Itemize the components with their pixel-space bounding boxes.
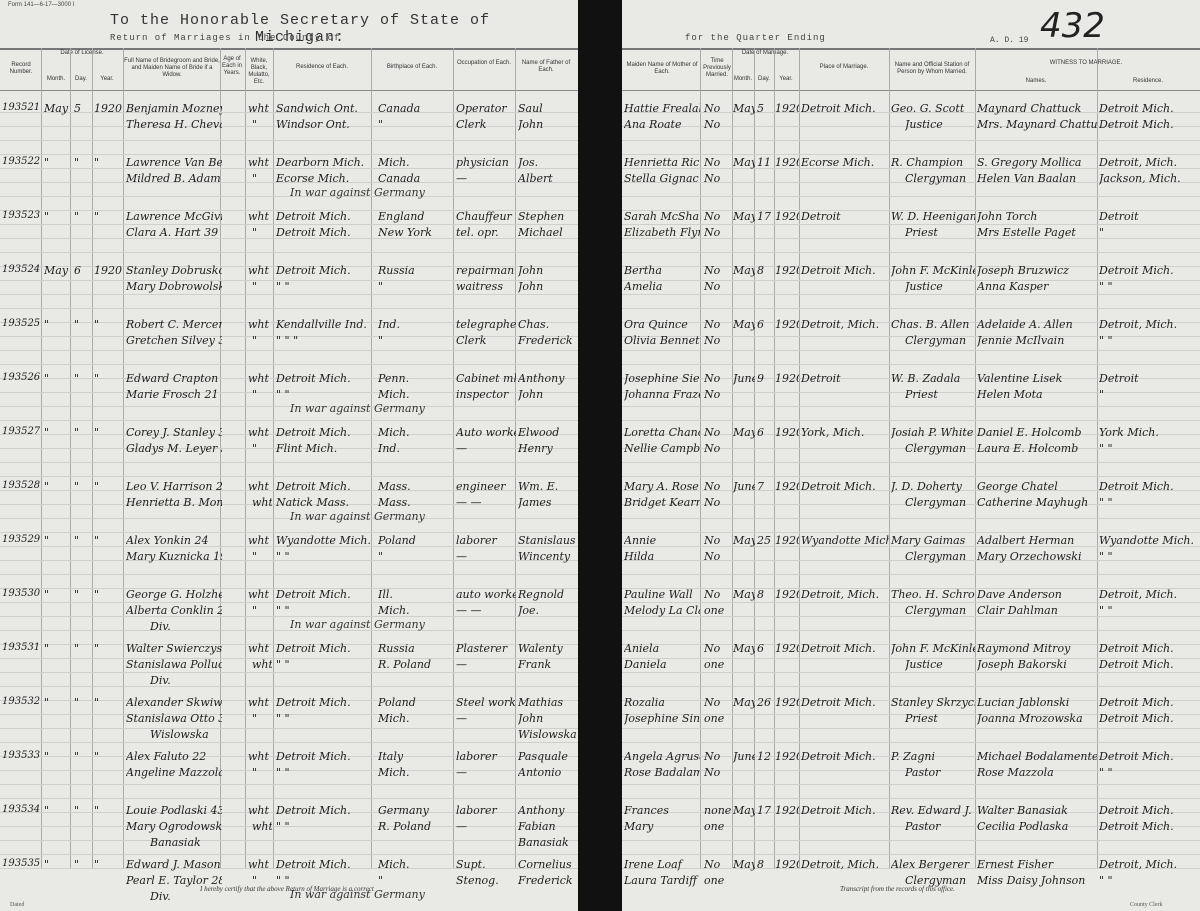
- groom-name-age: Robert C. Mercer 32: [126, 318, 222, 331]
- license-year: ": [94, 534, 122, 547]
- col-color: White, Black, Mulatto, Etc.: [246, 58, 272, 86]
- marriage-return-page: Form 141—6-17—3000 I To the Honorable Se…: [0, 0, 1200, 911]
- witness-1-name: Adelaide A. Allen: [977, 318, 1097, 331]
- mother-bride: Olivia Bennett: [624, 334, 700, 347]
- license-year: ": [94, 750, 122, 763]
- place-of-marriage: Detroit Mich.: [801, 642, 889, 655]
- birthplace-bride: ": [378, 874, 452, 887]
- col-full-name: Full Name of Bridegroom and Bride, and M…: [124, 58, 220, 79]
- witness-1-residence: Detroit, Mich.: [1099, 318, 1199, 331]
- marriage-month: June: [733, 480, 755, 493]
- mother-groom: Bertha: [624, 264, 700, 277]
- license-day: 5: [74, 102, 92, 115]
- license-day: ": [74, 534, 92, 547]
- mother-groom: Angela Agrusa: [624, 750, 700, 763]
- mother-bride: Rose Badalamenta: [624, 766, 700, 779]
- father-groom: Regnold: [518, 588, 576, 601]
- residence-groom: Detroit Mich.: [276, 210, 372, 223]
- marriage-day: 17: [757, 804, 775, 817]
- marriage-month: May: [733, 642, 755, 655]
- birthplace-groom: Poland: [378, 696, 452, 709]
- occupation-groom: laborer: [456, 534, 516, 547]
- occupation-groom: Cabinet mkr.: [456, 372, 516, 385]
- col-date-of-license: Date of License.: [42, 50, 122, 57]
- groom-name-age: Edward Crapton 23: [126, 372, 222, 385]
- col-day: Day.: [70, 76, 92, 83]
- license-day: 6: [74, 264, 92, 277]
- mother-groom: Frances: [624, 804, 700, 817]
- occupation-bride: waitress: [456, 280, 516, 293]
- col-witness-residence: Residence.: [1098, 78, 1198, 85]
- witness-2-name: Clair Dahlman: [977, 604, 1097, 617]
- times-married-groom: No: [704, 318, 732, 331]
- mother-bride: Daniela: [624, 658, 700, 671]
- residence-bride: Natick Mass.: [276, 496, 372, 509]
- marriage-month: May: [733, 102, 755, 115]
- witness-2-name: Mary Orzechowski: [977, 550, 1097, 563]
- times-married-bride: one: [704, 658, 732, 671]
- times-married-groom: No: [704, 588, 732, 601]
- witness-1-residence: Detroit Mich.: [1099, 750, 1199, 763]
- bride-name-age: Marie Frosch 21: [126, 388, 222, 401]
- license-month: ": [44, 750, 70, 763]
- color-bride: ": [252, 334, 272, 347]
- mother-groom: Loretta Chance: [624, 426, 700, 439]
- witness-1-residence: Detroit, Mich.: [1099, 858, 1199, 871]
- place-of-marriage: Detroit, Mich.: [801, 858, 889, 871]
- color-groom: wht: [248, 372, 272, 385]
- bride-name-age: Gretchen Silvey 32: [126, 334, 222, 347]
- times-married-groom: none: [704, 804, 732, 817]
- marriage-year: 1920: [775, 102, 799, 115]
- father-bride: Frederick: [518, 334, 576, 347]
- record-number: 193535: [2, 858, 42, 869]
- place-of-marriage: Detroit Mich.: [801, 102, 889, 115]
- residence-bride: " ": [276, 712, 372, 725]
- license-month: ": [44, 696, 70, 709]
- witness-1-residence: Detroit Mich.: [1099, 642, 1199, 655]
- groom-name-age: Alex Yonkin 24: [126, 534, 222, 547]
- mother-bride: Bridget Kearns: [624, 496, 700, 509]
- officiant-name: J. D. Doherty: [891, 480, 975, 493]
- license-day: ": [74, 318, 92, 331]
- subtitle-quarter: for the Quarter Ending: [685, 33, 826, 43]
- occupation-groom: Auto worker: [456, 426, 516, 439]
- license-day: ": [74, 642, 92, 655]
- witness-2-residence: " ": [1099, 874, 1199, 887]
- occupation-groom: Operator: [456, 102, 516, 115]
- mother-bride: Hilda: [624, 550, 700, 563]
- officiant-name: P. Zagni: [891, 750, 975, 763]
- birthplace-groom: Poland: [378, 534, 452, 547]
- color-bride: ": [252, 766, 272, 779]
- color-groom: wht: [248, 426, 272, 439]
- officiant-name: Geo. G. Scott: [891, 102, 975, 115]
- color-bride: ": [252, 604, 272, 617]
- officiant-title: Clergyman: [905, 496, 975, 509]
- record-number: 193526: [2, 372, 42, 383]
- times-married-groom: No: [704, 372, 732, 385]
- residence-bride: Windsor Ont.: [276, 118, 372, 131]
- marriage-year: 1920: [775, 642, 799, 655]
- officiant-name: W. D. Heenigan: [891, 210, 975, 223]
- witness-2-residence: " ": [1099, 766, 1199, 779]
- col-occupation: Occupation of Each.: [454, 60, 514, 67]
- times-married-bride: one: [704, 604, 732, 617]
- times-married-groom: No: [704, 534, 732, 547]
- license-year: ": [94, 804, 122, 817]
- groom-name-age: Walter Swierczyski 30: [126, 642, 222, 655]
- groom-name-age: Leo V. Harrison 24: [126, 480, 222, 493]
- witness-2-name: Joanna Mrozowska: [977, 712, 1097, 725]
- occupation-bride: —: [456, 766, 516, 779]
- witness-1-residence: Wyandotte Mich.: [1099, 534, 1199, 547]
- mother-groom: Sarah McShane: [624, 210, 700, 223]
- marriage-year: 1920: [775, 588, 799, 601]
- mother-bride: Johanna Frazer: [624, 388, 700, 401]
- color-bride: ": [252, 388, 272, 401]
- color-bride: wht: [252, 820, 272, 833]
- birthplace-bride: R. Poland: [378, 820, 452, 833]
- occupation-groom: repairman: [456, 264, 516, 277]
- birthplace-groom: Ind.: [378, 318, 452, 331]
- marriage-year: 1920: [775, 372, 799, 385]
- witness-1-residence: Detroit: [1099, 210, 1199, 223]
- occupation-groom: Supt.: [456, 858, 516, 871]
- father-groom: John: [518, 264, 576, 277]
- license-year: ": [94, 156, 122, 169]
- witness-1-residence: York Mich.: [1099, 426, 1199, 439]
- father-bride: John: [518, 712, 576, 725]
- marriage-month: May: [733, 696, 755, 709]
- father-groom: Wm. E.: [518, 480, 576, 493]
- residence-bride: " ": [276, 658, 372, 671]
- license-year: ": [94, 642, 122, 655]
- residence-bride: " ": [276, 604, 372, 617]
- place-of-marriage: Detroit Mich.: [801, 696, 889, 709]
- birthplace-bride: R. Poland: [378, 658, 452, 671]
- marriage-year: 1920: [775, 534, 799, 547]
- officiant-title: Justice: [905, 280, 975, 293]
- witness-2-name: Mrs Estelle Paget: [977, 226, 1097, 239]
- bride-name-age: Alberta Conklin 29: [126, 604, 222, 617]
- col-times-married: Time Previously Married.: [702, 58, 732, 79]
- color-bride: ": [252, 172, 272, 185]
- footer-dated: Dated: [10, 902, 24, 908]
- witness-2-name: Helen Van Baalan: [977, 172, 1097, 185]
- marriage-day: 8: [757, 588, 775, 601]
- times-married-groom: No: [704, 264, 732, 277]
- bride-name-age: Mary Kuznicka 19: [126, 550, 222, 563]
- witness-1-residence: Detroit Mich.: [1099, 480, 1199, 493]
- groom-name-age: Corey J. Stanley 36: [126, 426, 222, 439]
- form-number: Form 141—6-17—3000 I: [8, 2, 74, 8]
- occupation-groom: telegrapher: [456, 318, 516, 331]
- marriage-month: June: [733, 372, 755, 385]
- mother-groom: Pauline Wall: [624, 588, 700, 601]
- license-month: May: [44, 264, 70, 277]
- witness-1-residence: Detroit Mich.: [1099, 264, 1199, 277]
- marriage-month: May: [733, 588, 755, 601]
- residence-bride: " ": [276, 388, 372, 401]
- father-bride: John: [518, 280, 576, 293]
- license-year: ": [94, 318, 122, 331]
- times-married-bride: No: [704, 118, 732, 131]
- father-bride: Fabian: [518, 820, 576, 833]
- birthplace-groom: Russia: [378, 264, 452, 277]
- witness-1-residence: Detroit, Mich.: [1099, 156, 1199, 169]
- occupation-bride: —: [456, 712, 516, 725]
- mother-bride: Elizabeth Flynn: [624, 226, 700, 239]
- witness-2-residence: Detroit Mich.: [1099, 118, 1199, 131]
- father-bride: John: [518, 388, 576, 401]
- residence-bride: " ": [276, 280, 372, 293]
- father-groom: Pasquale: [518, 750, 576, 763]
- color-groom: wht: [248, 156, 272, 169]
- birthplace-groom: Italy: [378, 750, 452, 763]
- witness-1-name: Daniel E. Holcomb: [977, 426, 1097, 439]
- license-day: ": [74, 750, 92, 763]
- birthplace-bride: Canada: [378, 172, 452, 185]
- residence-bride: " " ": [276, 334, 372, 347]
- marriage-day: 6: [757, 642, 775, 655]
- marriage-year: 1920: [775, 750, 799, 763]
- father-groom: Stanislaus: [518, 534, 576, 547]
- marriage-day: 9: [757, 372, 775, 385]
- birthplace-groom: Russia: [378, 642, 452, 655]
- father-groom: Walenty: [518, 642, 576, 655]
- residence-groom: Detroit Mich.: [276, 858, 372, 871]
- father-bride: Henry: [518, 442, 576, 455]
- license-month: May: [44, 102, 70, 115]
- officiant-name: W. B. Zadala: [891, 372, 975, 385]
- times-married-groom: No: [704, 858, 732, 871]
- witness-1-name: Lucian Jablonski: [977, 696, 1097, 709]
- witness-2-name: Laura E. Holcomb: [977, 442, 1097, 455]
- witness-1-name: Valentine Lisek: [977, 372, 1097, 385]
- col-witness: WITNESS TO MARRIAGE.: [976, 60, 1196, 67]
- license-month: ": [44, 372, 70, 385]
- birthplace-bride: New York: [378, 226, 452, 239]
- officiant-title: Priest: [905, 712, 975, 725]
- occupation-groom: engineer: [456, 480, 516, 493]
- color-groom: wht: [248, 210, 272, 223]
- times-married-bride: No: [704, 172, 732, 185]
- witness-2-residence: ": [1099, 388, 1199, 401]
- col-place: Place of Marriage.: [800, 64, 888, 71]
- birthplace-bride: Ind.: [378, 442, 452, 455]
- times-married-bride: No: [704, 334, 732, 347]
- marriage-month: May: [733, 156, 755, 169]
- times-married-groom: No: [704, 156, 732, 169]
- occupation-bride: —: [456, 172, 516, 185]
- witness-1-residence: Detroit Mich.: [1099, 102, 1199, 115]
- marriage-day: 6: [757, 426, 775, 439]
- witness-2-residence: ": [1099, 226, 1199, 239]
- officiant-name: Stanley Skrzycki: [891, 696, 975, 709]
- witness-2-name: Catherine Mayhugh: [977, 496, 1097, 509]
- witness-2-residence: " ": [1099, 496, 1199, 509]
- marriage-month: May: [733, 318, 755, 331]
- color-groom: wht: [248, 804, 272, 817]
- residence-groom: Detroit Mich.: [276, 750, 372, 763]
- officiant-title: Clergyman: [905, 604, 975, 617]
- bride-name-age: Stanislawa Otto 34: [126, 712, 222, 725]
- color-groom: wht: [248, 480, 272, 493]
- color-groom: wht: [248, 588, 272, 601]
- footer-transcript: Transcript from the records of this offi…: [840, 885, 955, 893]
- times-married-bride: No: [704, 280, 732, 293]
- license-day: ": [74, 480, 92, 493]
- color-groom: wht: [248, 102, 272, 115]
- ad-year-label: A. D. 19: [990, 36, 1028, 45]
- witness-2-name: Anna Kasper: [977, 280, 1097, 293]
- groom-name-age: Louie Podlaski 43: [126, 804, 222, 817]
- license-day: ": [74, 426, 92, 439]
- birthplace-bride: Mich.: [378, 712, 452, 725]
- mother-bride: Mary: [624, 820, 700, 833]
- place-of-marriage: Detroit Mich.: [801, 750, 889, 763]
- occupation-bride: —: [456, 820, 516, 833]
- father-bride: Wincenty: [518, 550, 576, 563]
- color-groom: wht: [248, 534, 272, 547]
- book-binding-shadow: [578, 0, 622, 911]
- times-married-groom: No: [704, 426, 732, 439]
- officiant-name: John F. McKinley: [891, 264, 975, 277]
- occupation-bride: inspector: [456, 388, 516, 401]
- col-residence: Residence of Each.: [274, 64, 370, 71]
- marriage-year: 1920: [775, 858, 799, 871]
- bride-name-age: Theresa H. Chevalier 21: [126, 118, 222, 131]
- color-bride: wht: [252, 658, 272, 671]
- father-bride: Albert: [518, 172, 576, 185]
- groom-name-age: Alexander Skwiwalski 37: [126, 696, 222, 709]
- times-married-bride: No: [704, 496, 732, 509]
- officiant-name: Theo. H. Schroedel: [891, 588, 975, 601]
- birthplace-bride: ": [378, 550, 452, 563]
- color-groom: wht: [248, 750, 272, 763]
- birthplace-bride: ": [378, 118, 452, 131]
- color-bride: ": [252, 712, 272, 725]
- residence-groom: Detroit Mich.: [276, 480, 372, 493]
- witness-2-residence: " ": [1099, 280, 1199, 293]
- license-day: ": [74, 804, 92, 817]
- place-of-marriage: Ecorse Mich.: [801, 156, 889, 169]
- license-month: ": [44, 426, 70, 439]
- marriage-day: 6: [757, 318, 775, 331]
- witness-2-name: Joseph Bakorski: [977, 658, 1097, 671]
- license-month: ": [44, 588, 70, 601]
- officiant-name: Chas. B. Allen: [891, 318, 975, 331]
- color-bride: ": [252, 280, 272, 293]
- color-groom: wht: [248, 696, 272, 709]
- witness-2-residence: Detroit Mich.: [1099, 712, 1199, 725]
- color-bride: ": [252, 118, 272, 131]
- marriage-day: 26: [757, 696, 775, 709]
- license-year: 1920: [94, 264, 122, 277]
- marriage-day: 8: [757, 858, 775, 871]
- occupation-bride: —: [456, 550, 516, 563]
- license-day: ": [74, 858, 92, 871]
- col-month: Month.: [42, 76, 70, 83]
- officiant-title: Priest: [905, 226, 975, 239]
- officiant-title: Clergyman: [905, 334, 975, 347]
- father-bride: Michael: [518, 226, 576, 239]
- place-of-marriage: Detroit Mich.: [801, 804, 889, 817]
- birthplace-groom: Ill.: [378, 588, 452, 601]
- officiant-name: Alex Bergerer: [891, 858, 975, 871]
- marriage-day: 17: [757, 210, 775, 223]
- times-married-bride: No: [704, 550, 732, 563]
- times-married-groom: No: [704, 480, 732, 493]
- officiant-name: Josiah P. White: [891, 426, 975, 439]
- father-groom: Anthony: [518, 804, 576, 817]
- times-married-bride: one: [704, 820, 732, 833]
- witness-1-name: S. Gregory Mollica: [977, 156, 1097, 169]
- birthplace-bride: Mich.: [378, 604, 452, 617]
- occupation-groom: Steel worker: [456, 696, 516, 709]
- mother-groom: Aniela: [624, 642, 700, 655]
- license-month: ": [44, 858, 70, 871]
- license-day: ": [74, 588, 92, 601]
- times-married-bride: No: [704, 766, 732, 779]
- witness-1-name: Joseph Bruzwicz: [977, 264, 1097, 277]
- officiant-name: R. Champion: [891, 156, 975, 169]
- birthplace-bride: Mich.: [378, 388, 452, 401]
- occupation-bride: —: [456, 658, 516, 671]
- subtitle-county: Return of Marriages in the County of: [110, 33, 340, 43]
- bride-name-age: Gladys M. Leyer 30: [126, 442, 222, 455]
- license-year: 1920: [94, 102, 122, 115]
- marriage-year: 1920: [775, 264, 799, 277]
- witness-2-residence: Detroit Mich.: [1099, 820, 1199, 833]
- license-year: ": [94, 858, 122, 871]
- marriage-month: May: [733, 426, 755, 439]
- marriage-day: 25: [757, 534, 775, 547]
- father-groom: Anthony: [518, 372, 576, 385]
- father-bride: Frank: [518, 658, 576, 671]
- times-married-groom: No: [704, 750, 732, 763]
- marriage-day: 12: [757, 750, 775, 763]
- residence-groom: Dearborn Mich.: [276, 156, 372, 169]
- witness-2-residence: " ": [1099, 334, 1199, 347]
- license-month: ": [44, 210, 70, 223]
- residence-bride: " ": [276, 550, 372, 563]
- officiant-name: John F. McKinley: [891, 642, 975, 655]
- place-of-marriage: Detroit: [801, 210, 889, 223]
- father-groom: Mathias: [518, 696, 576, 709]
- residence-groom: Kendallville Ind.: [276, 318, 372, 331]
- col-m-day: Day.: [754, 76, 774, 83]
- mother-groom: Annie: [624, 534, 700, 547]
- record-number: 193527: [2, 426, 42, 437]
- record-number: 193524: [2, 264, 42, 275]
- groom-name-age: Alex Faluto 22: [126, 750, 222, 763]
- mother-groom: Hattie Frealah: [624, 102, 700, 115]
- license-year: ": [94, 372, 122, 385]
- license-year: ": [94, 426, 122, 439]
- bride-name-age: Mildred B. Adam 22: [126, 172, 222, 185]
- witness-1-name: Raymond Mitroy: [977, 642, 1097, 655]
- license-year: ": [94, 588, 122, 601]
- occupation-groom: laborer: [456, 750, 516, 763]
- marriage-year: 1920: [775, 480, 799, 493]
- military-service-note: In war against Germany: [290, 618, 425, 631]
- col-m-year: Year.: [774, 76, 798, 83]
- military-service-note: In war against Germany: [290, 186, 425, 199]
- witness-1-name: Michael Bodalamente: [977, 750, 1097, 763]
- color-groom: wht: [248, 318, 272, 331]
